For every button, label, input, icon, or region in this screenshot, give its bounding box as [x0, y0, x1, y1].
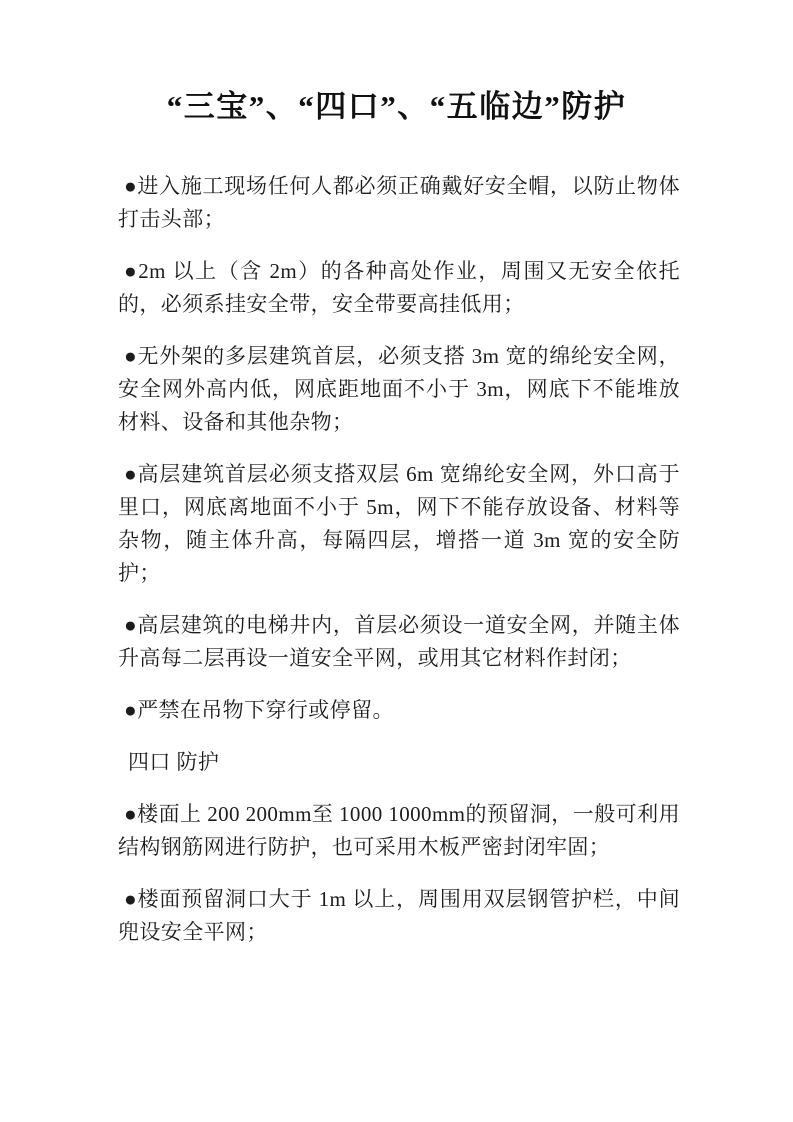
document-title: “三宝”、“四口”、“五临边”防护: [0, 0, 793, 128]
bullet-paragraph: ●楼面上 200 200mm至 1000 1000mm的预留洞，一般可利用结构钢…: [118, 798, 680, 864]
bullet-paragraph: ●楼面预留洞口大于 1m 以上，周围用双层钢管护栏，中间兜设安全平网；: [118, 883, 680, 949]
bullet-paragraph: ●高层建筑的电梯井内，首层必须设一道安全网，并随主体升高每二层再设一道安全平网，…: [118, 609, 680, 675]
bullet-paragraph: ●严禁在吊物下穿行或停留。: [118, 694, 680, 727]
document-body: ●进入施工现场任何人都必须正确戴好安全帽，以防止物体打击头部； ●2m 以上（含…: [0, 128, 793, 949]
bullet-paragraph: ●进入施工现场任何人都必须正确戴好安全帽，以防止物体打击头部；: [118, 170, 680, 236]
section-heading-sikou-fanghu: 四口 防护: [118, 746, 680, 779]
document-page: “三宝”、“四口”、“五临边”防护 ●进入施工现场任何人都必须正确戴好安全帽，以…: [0, 0, 793, 1122]
bullet-paragraph: ●高层建筑首层必须支搭双层 6m 宽绵纶安全网，外口高于里口，网底离地面不小于 …: [118, 458, 680, 590]
bullet-paragraph: ●2m 以上（含 2m）的各种高处作业，周围又无安全依托的，必须系挂安全带，安全…: [118, 255, 680, 321]
bullet-paragraph: ●无外架的多层建筑首层，必须支搭 3m 宽的绵纶安全网，安全网外高内低，网底距地…: [118, 340, 680, 439]
